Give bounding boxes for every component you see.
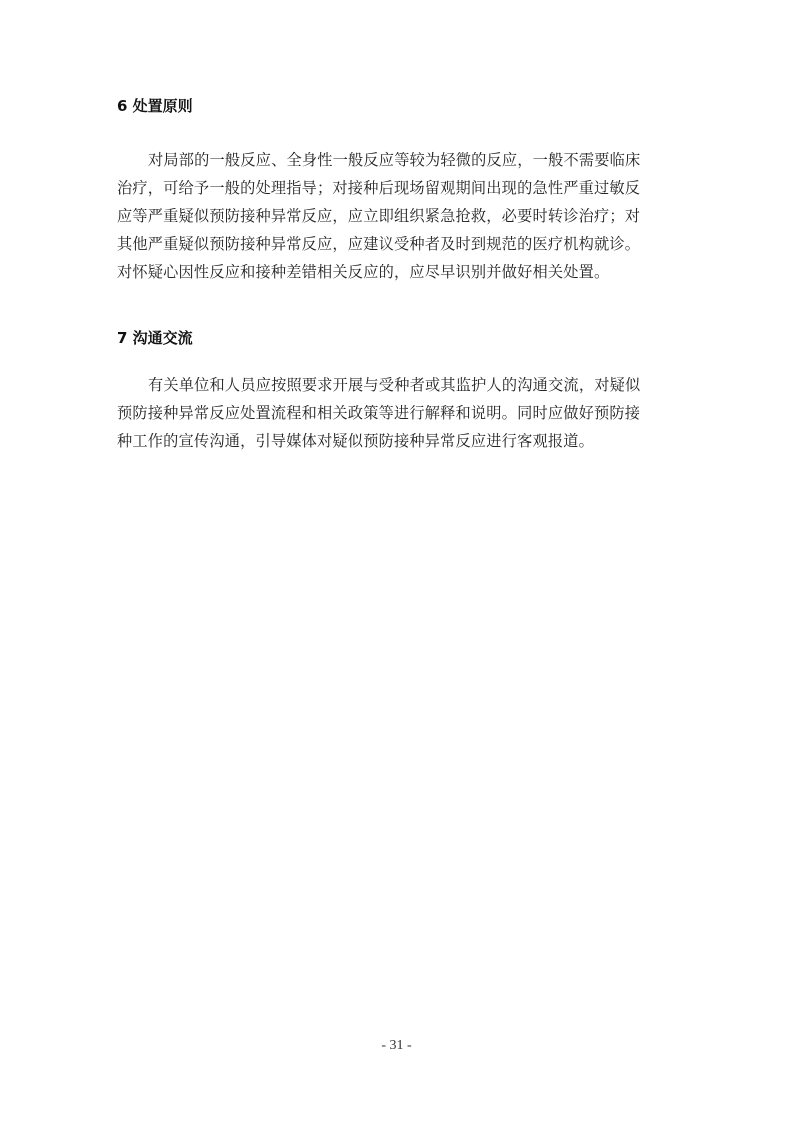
paragraph-line: 有关单位和人员应按照要求开展与受种者或其监护人的沟通交流，对疑似 <box>117 371 673 399</box>
paragraph-line: 治疗，可给予一般的处理指导；对接种后现场留观期间出现的急性严重过敏反 <box>117 174 673 202</box>
section-7-paragraph: 有关单位和人员应按照要求开展与受种者或其监护人的沟通交流，对疑似 预防接种异常反… <box>117 371 673 455</box>
section-6-paragraph: 对局部的一般反应、全身性一般反应等较为轻微的反应，一般不需要临床 治疗，可给予一… <box>117 146 673 286</box>
paragraph-line: 预防接种异常反应处置流程和相关政策等进行解释和说明。同时应做好预防接 <box>117 399 673 427</box>
paragraph-line: 对局部的一般反应、全身性一般反应等较为轻微的反应，一般不需要临床 <box>117 146 673 174</box>
section-heading-7: 7 沟通交流 <box>117 328 193 348</box>
paragraph-line: 其他严重疑似预防接种异常反应，应建议受种者及时到规范的医疗机构就诊。 <box>117 230 673 258</box>
page-number: - 31 - <box>0 1038 793 1054</box>
paragraph-line: 应等严重疑似预防接种异常反应，应立即组织紧急抢救，必要时转诊治疗；对 <box>117 202 673 230</box>
section-heading-6: 6 处置原则 <box>117 96 193 116</box>
paragraph-line: 种工作的宣传沟通，引导媒体对疑似预防接种异常反应进行客观报道。 <box>117 427 673 455</box>
paragraph-line: 对怀疑心因性反应和接种差错相关反应的，应尽早识别并做好相关处置。 <box>117 258 673 286</box>
document-page: 6 处置原则 对局部的一般反应、全身性一般反应等较为轻微的反应，一般不需要临床 … <box>0 0 793 1122</box>
